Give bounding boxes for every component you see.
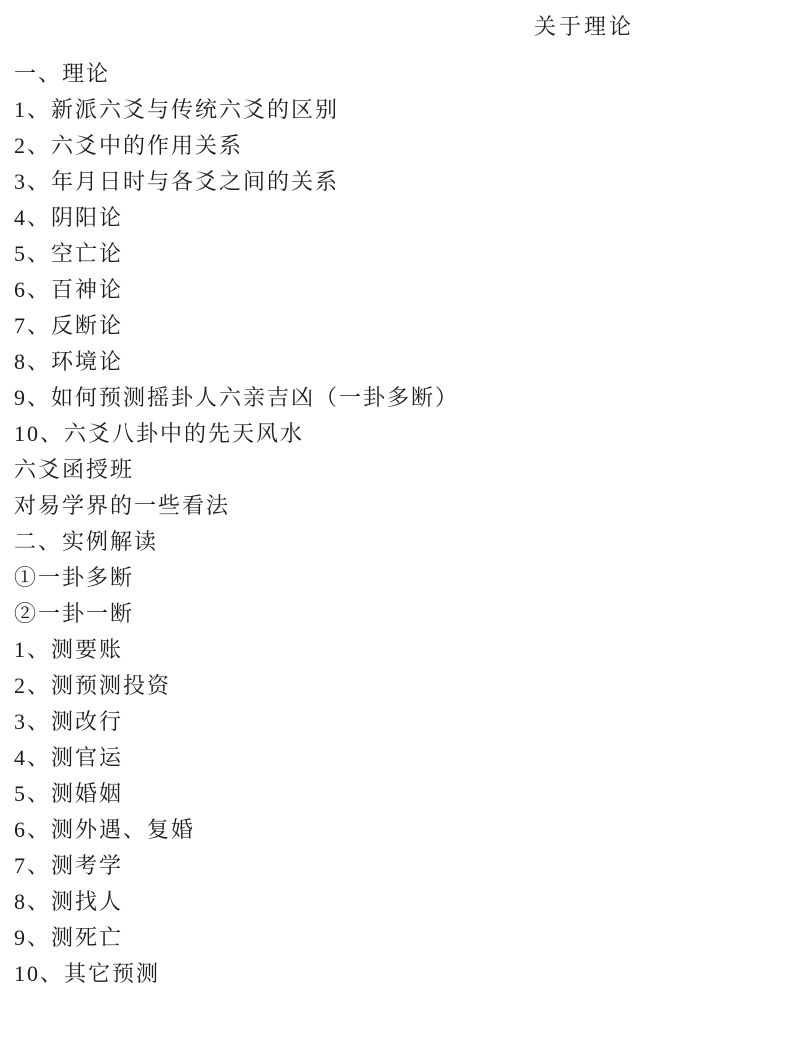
toc-line: 六爻函授班 — [14, 452, 781, 488]
toc-line: 2、测预测投资 — [14, 668, 781, 704]
page-title: 关于理论 — [534, 10, 634, 41]
toc-line: 6、百神论 — [14, 272, 781, 308]
toc-line: 9、测死亡 — [14, 920, 781, 956]
toc-line: ②一卦一断 — [14, 596, 781, 632]
toc-line: ①一卦多断 — [14, 560, 781, 596]
table-of-contents: 一、理论 1、新派六爻与传统六爻的区别 2、六爻中的作用关系 3、年月日时与各爻… — [14, 56, 781, 992]
toc-line: 5、测婚姻 — [14, 776, 781, 812]
toc-line: 对易学界的一些看法 — [14, 488, 781, 524]
toc-line: 5、空亡论 — [14, 236, 781, 272]
toc-line-section-2: 二、实例解读 — [14, 524, 781, 560]
toc-line: 7、反断论 — [14, 308, 781, 344]
toc-line: 10、六爻八卦中的先天风水 — [14, 416, 781, 452]
toc-line: 1、新派六爻与传统六爻的区别 — [14, 92, 781, 128]
toc-line: 10、其它预测 — [14, 956, 781, 992]
toc-line: 3、年月日时与各爻之间的关系 — [14, 164, 781, 200]
toc-line: 8、环境论 — [14, 344, 781, 380]
toc-line: 7、测考学 — [14, 848, 781, 884]
toc-line: 9、如何预测摇卦人六亲吉凶（一卦多断） — [14, 380, 781, 416]
toc-line: 4、测官运 — [14, 740, 781, 776]
toc-line: 6、测外遇、复婚 — [14, 812, 781, 848]
toc-line: 1、测要账 — [14, 632, 781, 668]
toc-line: 2、六爻中的作用关系 — [14, 128, 781, 164]
toc-line-section-1: 一、理论 — [14, 56, 781, 92]
document-page: 关于理论 一、理论 1、新派六爻与传统六爻的区别 2、六爻中的作用关系 3、年月… — [0, 0, 791, 1056]
toc-line: 4、阴阳论 — [14, 200, 781, 236]
toc-line: 3、测改行 — [14, 704, 781, 740]
toc-line: 8、测找人 — [14, 884, 781, 920]
